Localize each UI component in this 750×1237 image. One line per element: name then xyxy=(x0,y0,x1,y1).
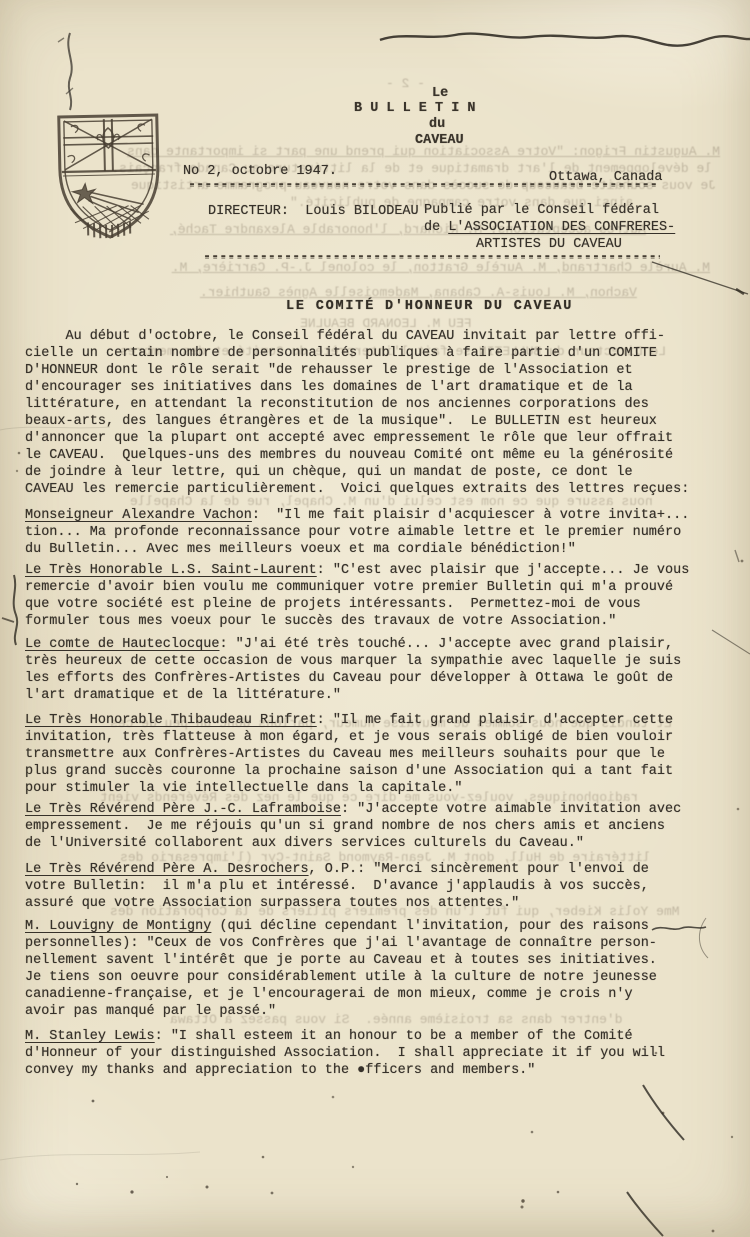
paper-specks xyxy=(0,0,2,2)
masthead-caveau: CAVEAU xyxy=(415,132,464,149)
paragraph-saint-laurent: Le Très Honorable L.S. Saint-Laurent: "C… xyxy=(25,562,715,630)
paragraph-hauteclocque: Le comte de Hauteclocque: "J'ai été très… xyxy=(25,636,715,704)
paragraph-intro: Au début d'octobre, le Conseil fédéral d… xyxy=(25,328,715,498)
director-line: DIRECTEUR: Louis BILODEAU xyxy=(208,203,419,220)
dashed-separator: ----------------------------------------… xyxy=(203,250,660,265)
masthead-bulletin: B U L L E T I N xyxy=(354,100,476,117)
dashed-separator: ----------------------------------------… xyxy=(188,178,660,193)
association-name: L'ASSOCIATION DES CONFRERES- xyxy=(448,220,675,235)
bleedthrough-text: - 2 - xyxy=(386,76,425,92)
paragraph-desrochers: Le Très Révérend Père A. Desrochers, O.P… xyxy=(25,861,715,912)
paragraph-lewis: M. Stanley Lewis: "I shall esteem it an … xyxy=(25,1028,715,1079)
paragraph-montigny: M. Louvigny de Montigny (qui décline cep… xyxy=(25,918,715,1020)
paragraph-laframboise: Le Très Révérend Père J.-C. Laframboise:… xyxy=(25,801,715,852)
paragraph-vachon: Monseigneur Alexandre Vachon: "Il me fai… xyxy=(25,507,715,558)
publisher-line-1: Publié par le Conseil fédéral xyxy=(424,202,659,219)
bulletin-scanned-page: - 2 - M. Augustin Frigon: "Votre Associa… xyxy=(0,0,750,1237)
caveau-crest-logo xyxy=(51,109,168,243)
masthead-du: du xyxy=(429,116,445,133)
paragraph-rinfret: Le Très Honorable Thibaudeau Rinfret: "I… xyxy=(25,712,715,797)
publisher-line-2: de L'ASSOCIATION DES CONFRERES- xyxy=(424,219,675,236)
section-title: LE COMITÉ D'HONNEUR DU CAVEAU xyxy=(286,299,573,314)
